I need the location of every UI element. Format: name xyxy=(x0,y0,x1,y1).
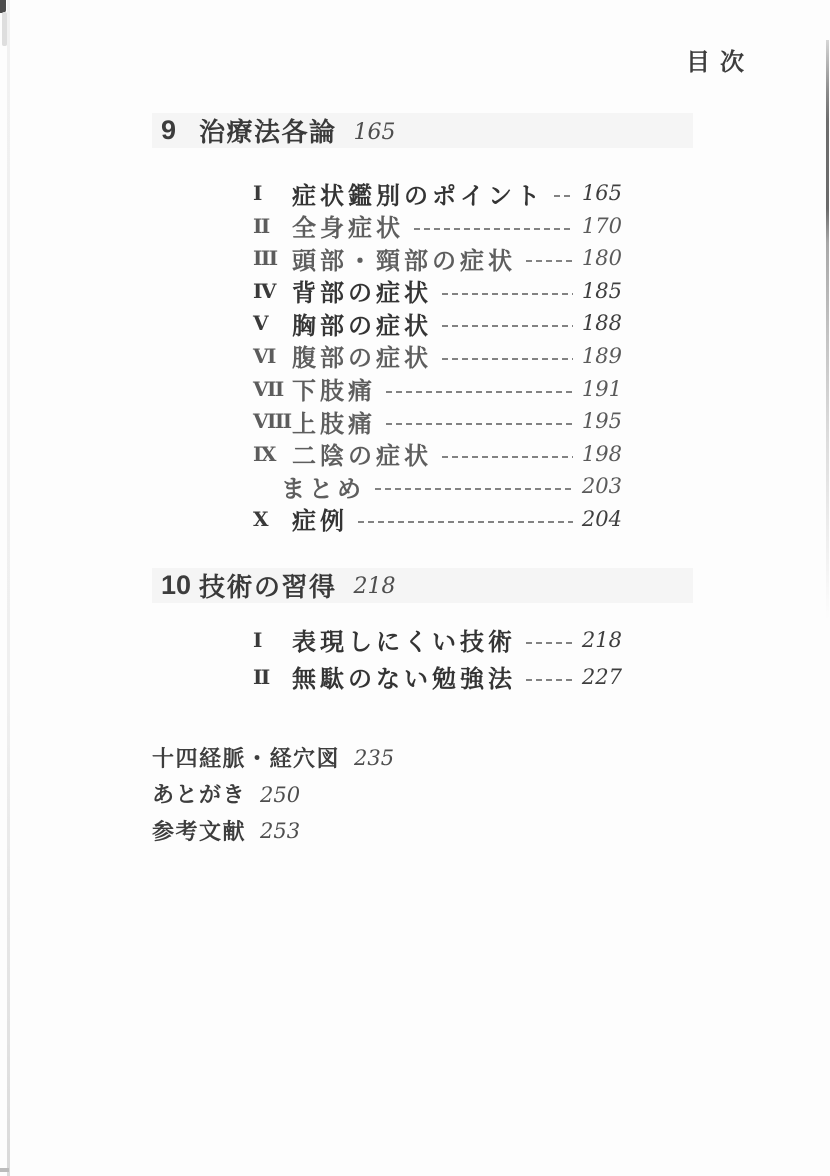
dashed-leader xyxy=(442,325,573,327)
scan-edge-line-left xyxy=(7,0,10,1176)
entry-page-number: 188 xyxy=(582,311,622,335)
entry-numeral: II xyxy=(253,214,292,238)
scan-speck-bottom-left xyxy=(0,1168,9,1172)
dashed-leader xyxy=(442,456,573,458)
toc-section: 10 技術の習得 218 I 表現しにくい技術 218 II 無駄のない勉強法 … xyxy=(152,568,693,690)
entry-numeral: V xyxy=(253,311,292,335)
dashed-leader xyxy=(526,642,573,644)
entry-page-number: 227 xyxy=(582,665,622,689)
toc-entry: I 表現しにくい技術 218 xyxy=(253,627,622,653)
toc-entry: II 全身症状 170 xyxy=(253,213,622,239)
dashed-leader xyxy=(358,521,573,523)
section-title: 技術の習得 xyxy=(199,567,337,604)
toc-entry: VIII 上肢痛 195 xyxy=(253,408,622,434)
dashed-leader xyxy=(442,293,573,295)
toc-entry: I 症状鑑別のポイント 165 xyxy=(253,180,622,206)
entry-page-number: 253 xyxy=(260,817,300,843)
entry-numeral: IX xyxy=(253,442,292,466)
entry-label: 背部の症状 xyxy=(292,273,432,308)
toc-entry: X 症例 204 xyxy=(253,506,622,532)
entry-label: 無駄のない勉強法 xyxy=(292,659,516,694)
dashed-leader xyxy=(526,260,573,262)
entry-label: 上肢痛 xyxy=(292,404,376,439)
entry-numeral: VIII xyxy=(253,409,292,433)
entry-label: 参考文献 xyxy=(152,815,246,846)
entry-numeral: VI xyxy=(253,344,292,368)
entry-numeral: III xyxy=(253,246,292,270)
entry-numeral: II xyxy=(253,665,292,689)
page-title: 目次 xyxy=(686,42,754,77)
section-items: I 表現しにくい技術 218 II 無駄のない勉強法 227 xyxy=(253,627,622,690)
entry-page-number: 195 xyxy=(582,409,622,433)
back-matter-entry: 参考文献 253 xyxy=(152,817,672,843)
entry-label: 十四経脈・経穴図 xyxy=(152,742,340,773)
dashed-leader xyxy=(442,358,573,360)
section-header: 10 技術の習得 218 xyxy=(152,568,693,603)
toc-entry: V 胸部の症状 188 xyxy=(253,310,622,336)
toc-entry: IX 二陰の症状 198 xyxy=(253,441,622,467)
toc-entry: VI 腹部の症状 189 xyxy=(253,343,622,369)
entry-page-number: 250 xyxy=(260,781,300,807)
toc-entry: VII 下肢痛 191 xyxy=(253,376,622,402)
entry-label: 表現しにくい技術 xyxy=(292,622,516,657)
toc-page: 目次 9 治療法各論 165 I 症状鑑別のポイント 165 II 全身症状 1… xyxy=(0,0,830,1176)
entry-numeral: VII xyxy=(253,377,292,401)
toc-entry: II 無駄のない勉強法 227 xyxy=(253,664,622,690)
section-header: 9 治療法各論 165 xyxy=(152,113,693,148)
section-number: 9 xyxy=(152,115,199,146)
section-number: 10 xyxy=(152,570,199,601)
entry-page-number: 198 xyxy=(582,442,622,466)
toc-entry: IV 背部の症状 185 xyxy=(253,278,622,304)
entry-page-number: 203 xyxy=(582,474,622,498)
toc-entry: III 頭部・頸部の症状 180 xyxy=(253,245,622,271)
entry-numeral: I xyxy=(253,181,292,205)
entry-label: 二陰の症状 xyxy=(292,436,432,471)
dashed-leader xyxy=(526,679,573,681)
section-page-number: 165 xyxy=(354,117,396,145)
entry-page-number: 189 xyxy=(582,344,622,368)
section-items: I 症状鑑別のポイント 165 II 全身症状 170 III 頭部・頸部の症状… xyxy=(253,180,622,532)
scan-smudge-top-left xyxy=(2,12,7,46)
entry-label: まとめ xyxy=(281,469,365,504)
dashed-leader xyxy=(386,391,573,393)
dashed-leader xyxy=(386,423,573,425)
entry-page-number: 185 xyxy=(582,279,622,303)
entry-label: 症状鑑別のポイント xyxy=(292,176,544,211)
scan-edge-line-right xyxy=(826,40,829,620)
toc-section: 9 治療法各論 165 I 症状鑑別のポイント 165 II 全身症状 170 … xyxy=(152,113,693,532)
entry-label: 胸部の症状 xyxy=(292,306,432,341)
entry-numeral: I xyxy=(253,628,292,652)
dashed-leader xyxy=(414,228,573,230)
back-matter: 十四経脈・経穴図 235 あとがき 250 参考文献 253 xyxy=(152,744,672,854)
scan-speck-top-left xyxy=(0,0,6,13)
back-matter-entry: あとがき 250 xyxy=(152,781,672,807)
entry-label: 下肢痛 xyxy=(292,371,376,406)
dashed-leader xyxy=(554,195,573,197)
toc-sections: 9 治療法各論 165 I 症状鑑別のポイント 165 II 全身症状 170 … xyxy=(152,113,693,701)
entry-page-number: 204 xyxy=(582,507,622,531)
section-title: 治療法各論 xyxy=(199,112,337,149)
entry-label: 腹部の症状 xyxy=(292,338,432,373)
entry-numeral: X xyxy=(253,507,292,531)
entry-page-number: 170 xyxy=(582,214,622,238)
entry-label: 頭部・頸部の症状 xyxy=(292,241,516,276)
entry-label: 症例 xyxy=(292,501,348,536)
entry-page-number: 235 xyxy=(354,744,394,770)
dashed-leader xyxy=(375,488,573,490)
entry-page-number: 191 xyxy=(582,377,622,401)
entry-label: あとがき xyxy=(152,778,246,809)
entry-page-number: 180 xyxy=(582,246,622,270)
entry-label: 全身症状 xyxy=(292,208,404,243)
entry-numeral: IV xyxy=(253,279,292,303)
section-page-number: 218 xyxy=(354,571,396,599)
back-matter-entry: 十四経脈・経穴図 235 xyxy=(152,744,672,770)
entry-page-number: 218 xyxy=(582,628,622,652)
toc-entry: まとめ 203 xyxy=(253,473,622,499)
entry-page-number: 165 xyxy=(582,181,622,205)
